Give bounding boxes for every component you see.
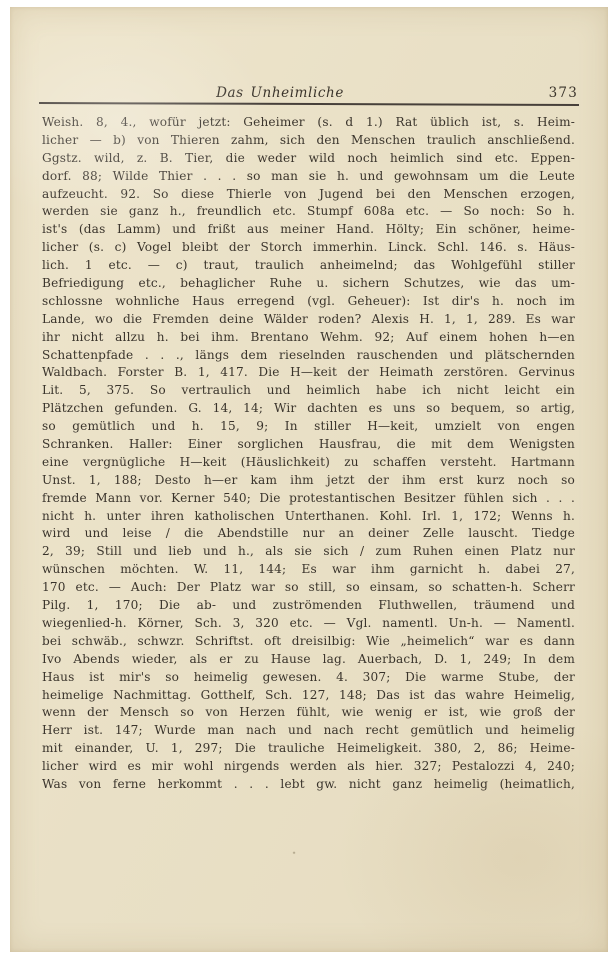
text-line: fremde Mann vor. Kerner 540; Die protest…	[42, 490, 575, 508]
text-line: licher — b) von Thieren zahm, sich den M…	[42, 132, 575, 150]
text-line: schlossne wohnliche Haus erregend (vgl. …	[42, 293, 575, 311]
text-line: mit einander, U. 1, 297; Die trauliche H…	[42, 740, 575, 758]
text-line: Ggstz. wild, z. B. Tier, die weder wild …	[42, 150, 575, 168]
text-line: 170 etc. — Auch: Der Platz war so still,…	[42, 579, 575, 597]
text-line: Schranken. Haller: Einer sorglichen Haus…	[42, 436, 575, 454]
text-line: Herr ist. 147; Wurde man nach und nach r…	[42, 722, 575, 740]
header-rule	[39, 102, 579, 105]
book-page: Das Unheimliche 373 Weish. 8, 4., wofür …	[10, 7, 608, 952]
text-line: eine vergnügliche H—keit (Häuslichkeit) …	[42, 454, 575, 472]
text-line: Pilg. 1, 170; Die ab- und zuströmenden F…	[42, 597, 575, 615]
text-line: dorf. 88; Wilde Thier . . . so man sie h…	[42, 168, 575, 186]
text-line: wünschen möchten. W. 11, 144; Es war ihm…	[42, 561, 575, 579]
text-line: wenn der Mensch so von Herzen fühlt, wie…	[42, 704, 575, 722]
scan-background: Das Unheimliche 373 Weish. 8, 4., wofür …	[0, 0, 615, 960]
text-line: bei schwäb., schwzr. Schriftst. oft drei…	[42, 633, 575, 651]
text-line: Lit. 5, 375. So vertraulich und heimlich…	[42, 382, 575, 400]
page-number: 373	[549, 85, 578, 101]
text-line: heimelige Nachmittag. Gotthelf, Sch. 127…	[42, 687, 575, 705]
text-line: ihr nicht allzu h. bei ihm. Brentano Weh…	[42, 329, 575, 347]
text-line: Lande, wo die Fremden deine Wälder roden…	[42, 311, 575, 329]
text-line: Plätzchen gefunden. G. 14, 14; Wir dacht…	[42, 400, 575, 418]
text-line: nicht h. unter ihren katholischen Untert…	[42, 508, 575, 526]
text-line: Befriedigung etc., behaglicher Ruhe u. s…	[42, 275, 575, 293]
text-line: Was von ferne herkommt . . . lebt gw. ni…	[42, 776, 575, 794]
text-line: Schattenpfade . . ., längs dem rieselnde…	[42, 347, 575, 365]
text-line: wird und leise / die Abendstille nur an …	[42, 525, 575, 543]
text-line: Ivo Abends wieder, als er zu Hause lag. …	[42, 651, 575, 669]
text-line: lich. 1 etc. — c) traut, traulich anheim…	[42, 257, 575, 275]
page-text: Weish. 8, 4., wofür jetzt: Geheimer (s. …	[42, 114, 575, 794]
text-line: Weish. 8, 4., wofür jetzt: Geheimer (s. …	[42, 114, 575, 132]
text-line: werden sie ganz h., freundlich etc. Stum…	[42, 203, 575, 221]
text-line: aufzeucht. 92. So diese Thierle von Juge…	[42, 186, 575, 204]
text-line: so gemütlich und h. 15, 9; In stiller H—…	[42, 418, 575, 436]
text-line: Waldbach. Forster B. 1, 417. Die H—keit …	[42, 364, 575, 382]
text-line: ist's (das Lamm) und frißt aus meiner Ha…	[42, 221, 575, 239]
text-line: 2, 39; Still und lieb und h., als sie si…	[42, 543, 575, 561]
text-line: wiegenlied-h. Körner, Sch. 3, 320 etc. —…	[42, 615, 575, 633]
running-title: Das Unheimliche	[150, 85, 410, 101]
text-line: licher wird es mir wohl nirgends werden …	[42, 758, 575, 776]
text-line: licher (s. c) Vogel bleibt der Storch im…	[42, 239, 575, 257]
text-line: Unst. 1, 188; Desto h—er kam ihm jetzt d…	[42, 472, 575, 490]
text-line: Haus ist mir's so heimelig gewesen. 4. 3…	[42, 669, 575, 687]
